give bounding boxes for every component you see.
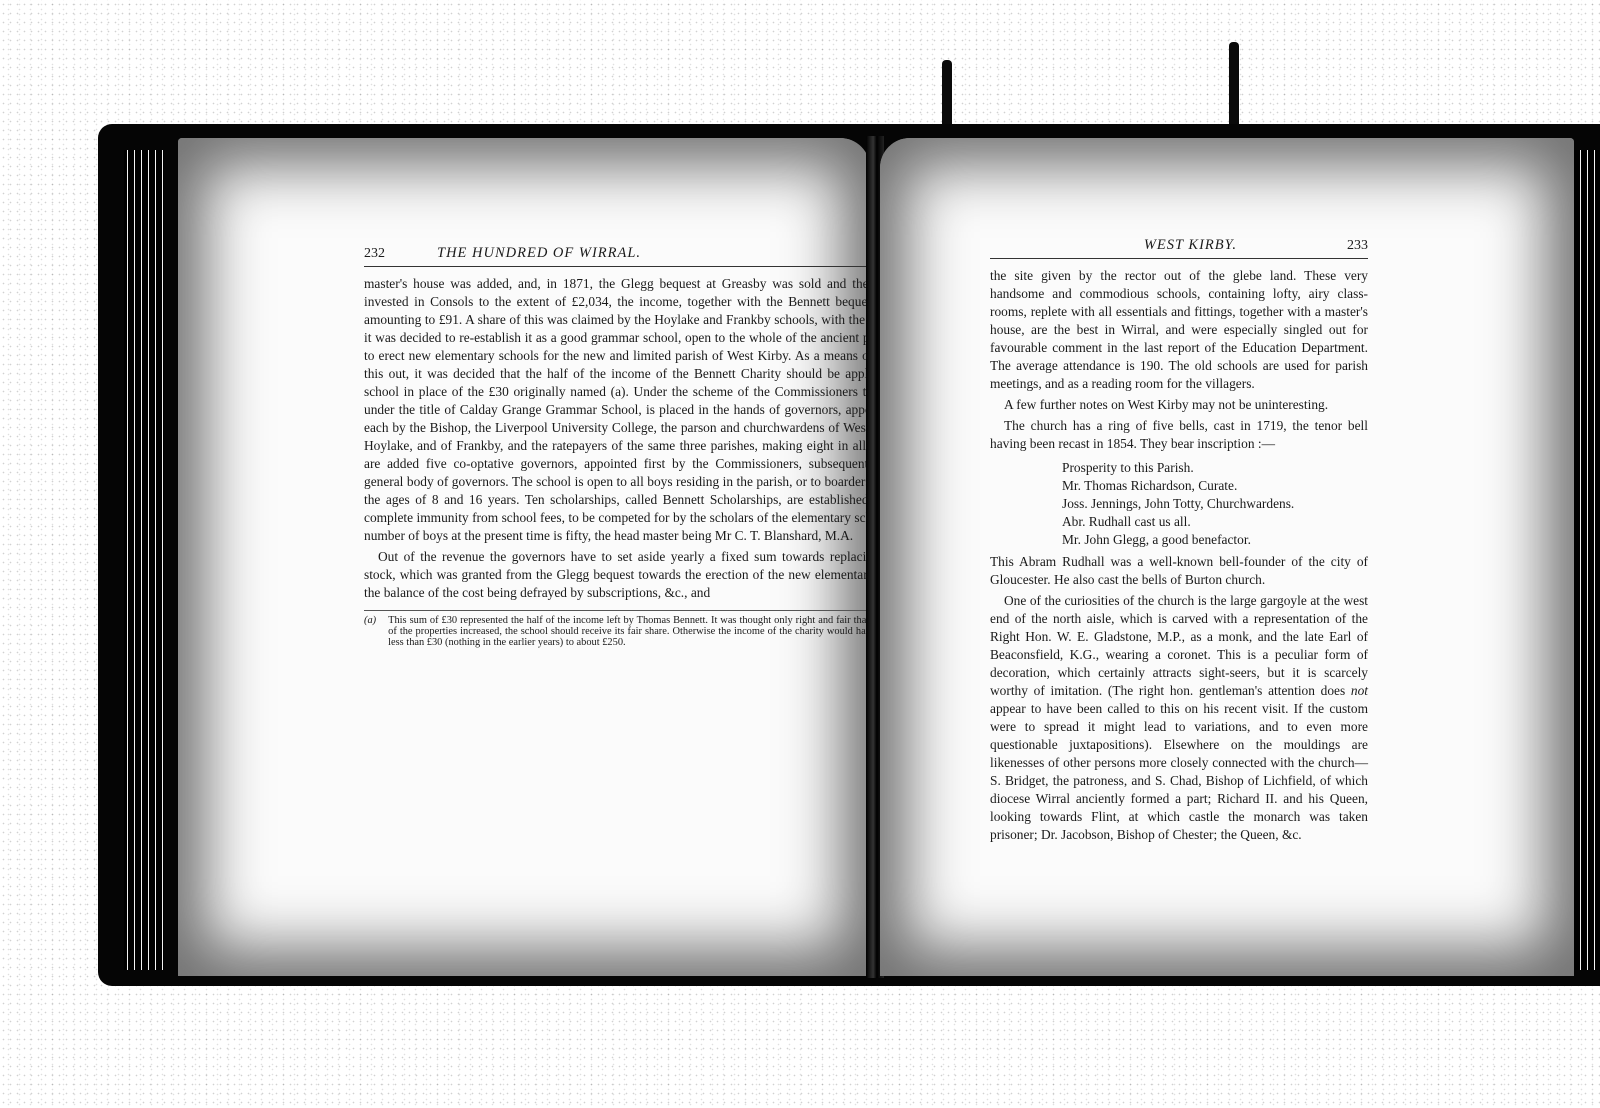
inscription-line: Mr. John Glegg, a good benefactor. [1062,531,1368,549]
running-title: WEST KIRBY. [1144,236,1237,254]
left-page: 232 THE HUNDRED OF WIRRAL. master's hous… [178,138,870,976]
emphasis: not [1351,683,1368,698]
page-number: 233 [1347,237,1368,255]
body-paragraph: the site given by the rector out of the … [990,267,1368,393]
bell-inscription: Prosperity to this Parish. Mr. Thomas Ri… [1062,459,1368,549]
footnote-mark: (a) [364,615,376,648]
inscription-line: Abr. Rudhall cast us all. [1062,513,1368,531]
body-paragraph: Out of the revenue the governors have to… [364,548,870,602]
left-page-content: 232 THE HUNDRED OF WIRRAL. master's hous… [364,244,870,648]
right-running-head: WEST KIRBY. 233 [990,236,1368,259]
body-paragraph: This Abram Rudhall was a well-known bell… [990,553,1368,589]
body-paragraph-gargoyle: One of the curiosities of the church is … [990,592,1368,844]
body-paragraph: A few further notes on West Kirby may no… [990,396,1368,414]
page-number: 232 [364,245,385,263]
left-running-head: 232 THE HUNDRED OF WIRRAL. [364,244,870,267]
body-paragraph: The church has a ring of five bells, cas… [990,417,1368,453]
right-page-content: WEST KIRBY. 233 the site given by the re… [990,236,1368,844]
left-page-edges [124,150,164,970]
right-page: WEST KIRBY. 233 the site given by the re… [880,138,1574,976]
text-run: One of the curiosities of the church is … [990,593,1368,698]
inscription-line: Prosperity to this Parish. [1062,459,1368,477]
inscription-line: Mr. Thomas Richardson, Curate. [1062,477,1368,495]
footnote: (a) This sum of £30 represented the half… [364,610,870,648]
footnote-text: This sum of £30 represented the half of … [388,615,870,648]
inscription-line: Joss. Jennings, John Totty, Churchwarden… [1062,495,1368,513]
text-run: appear to have been called to this on hi… [990,701,1368,842]
body-paragraph: master's house was added, and, in 1871, … [364,275,870,545]
running-title: THE HUNDRED OF WIRRAL. [437,244,641,262]
